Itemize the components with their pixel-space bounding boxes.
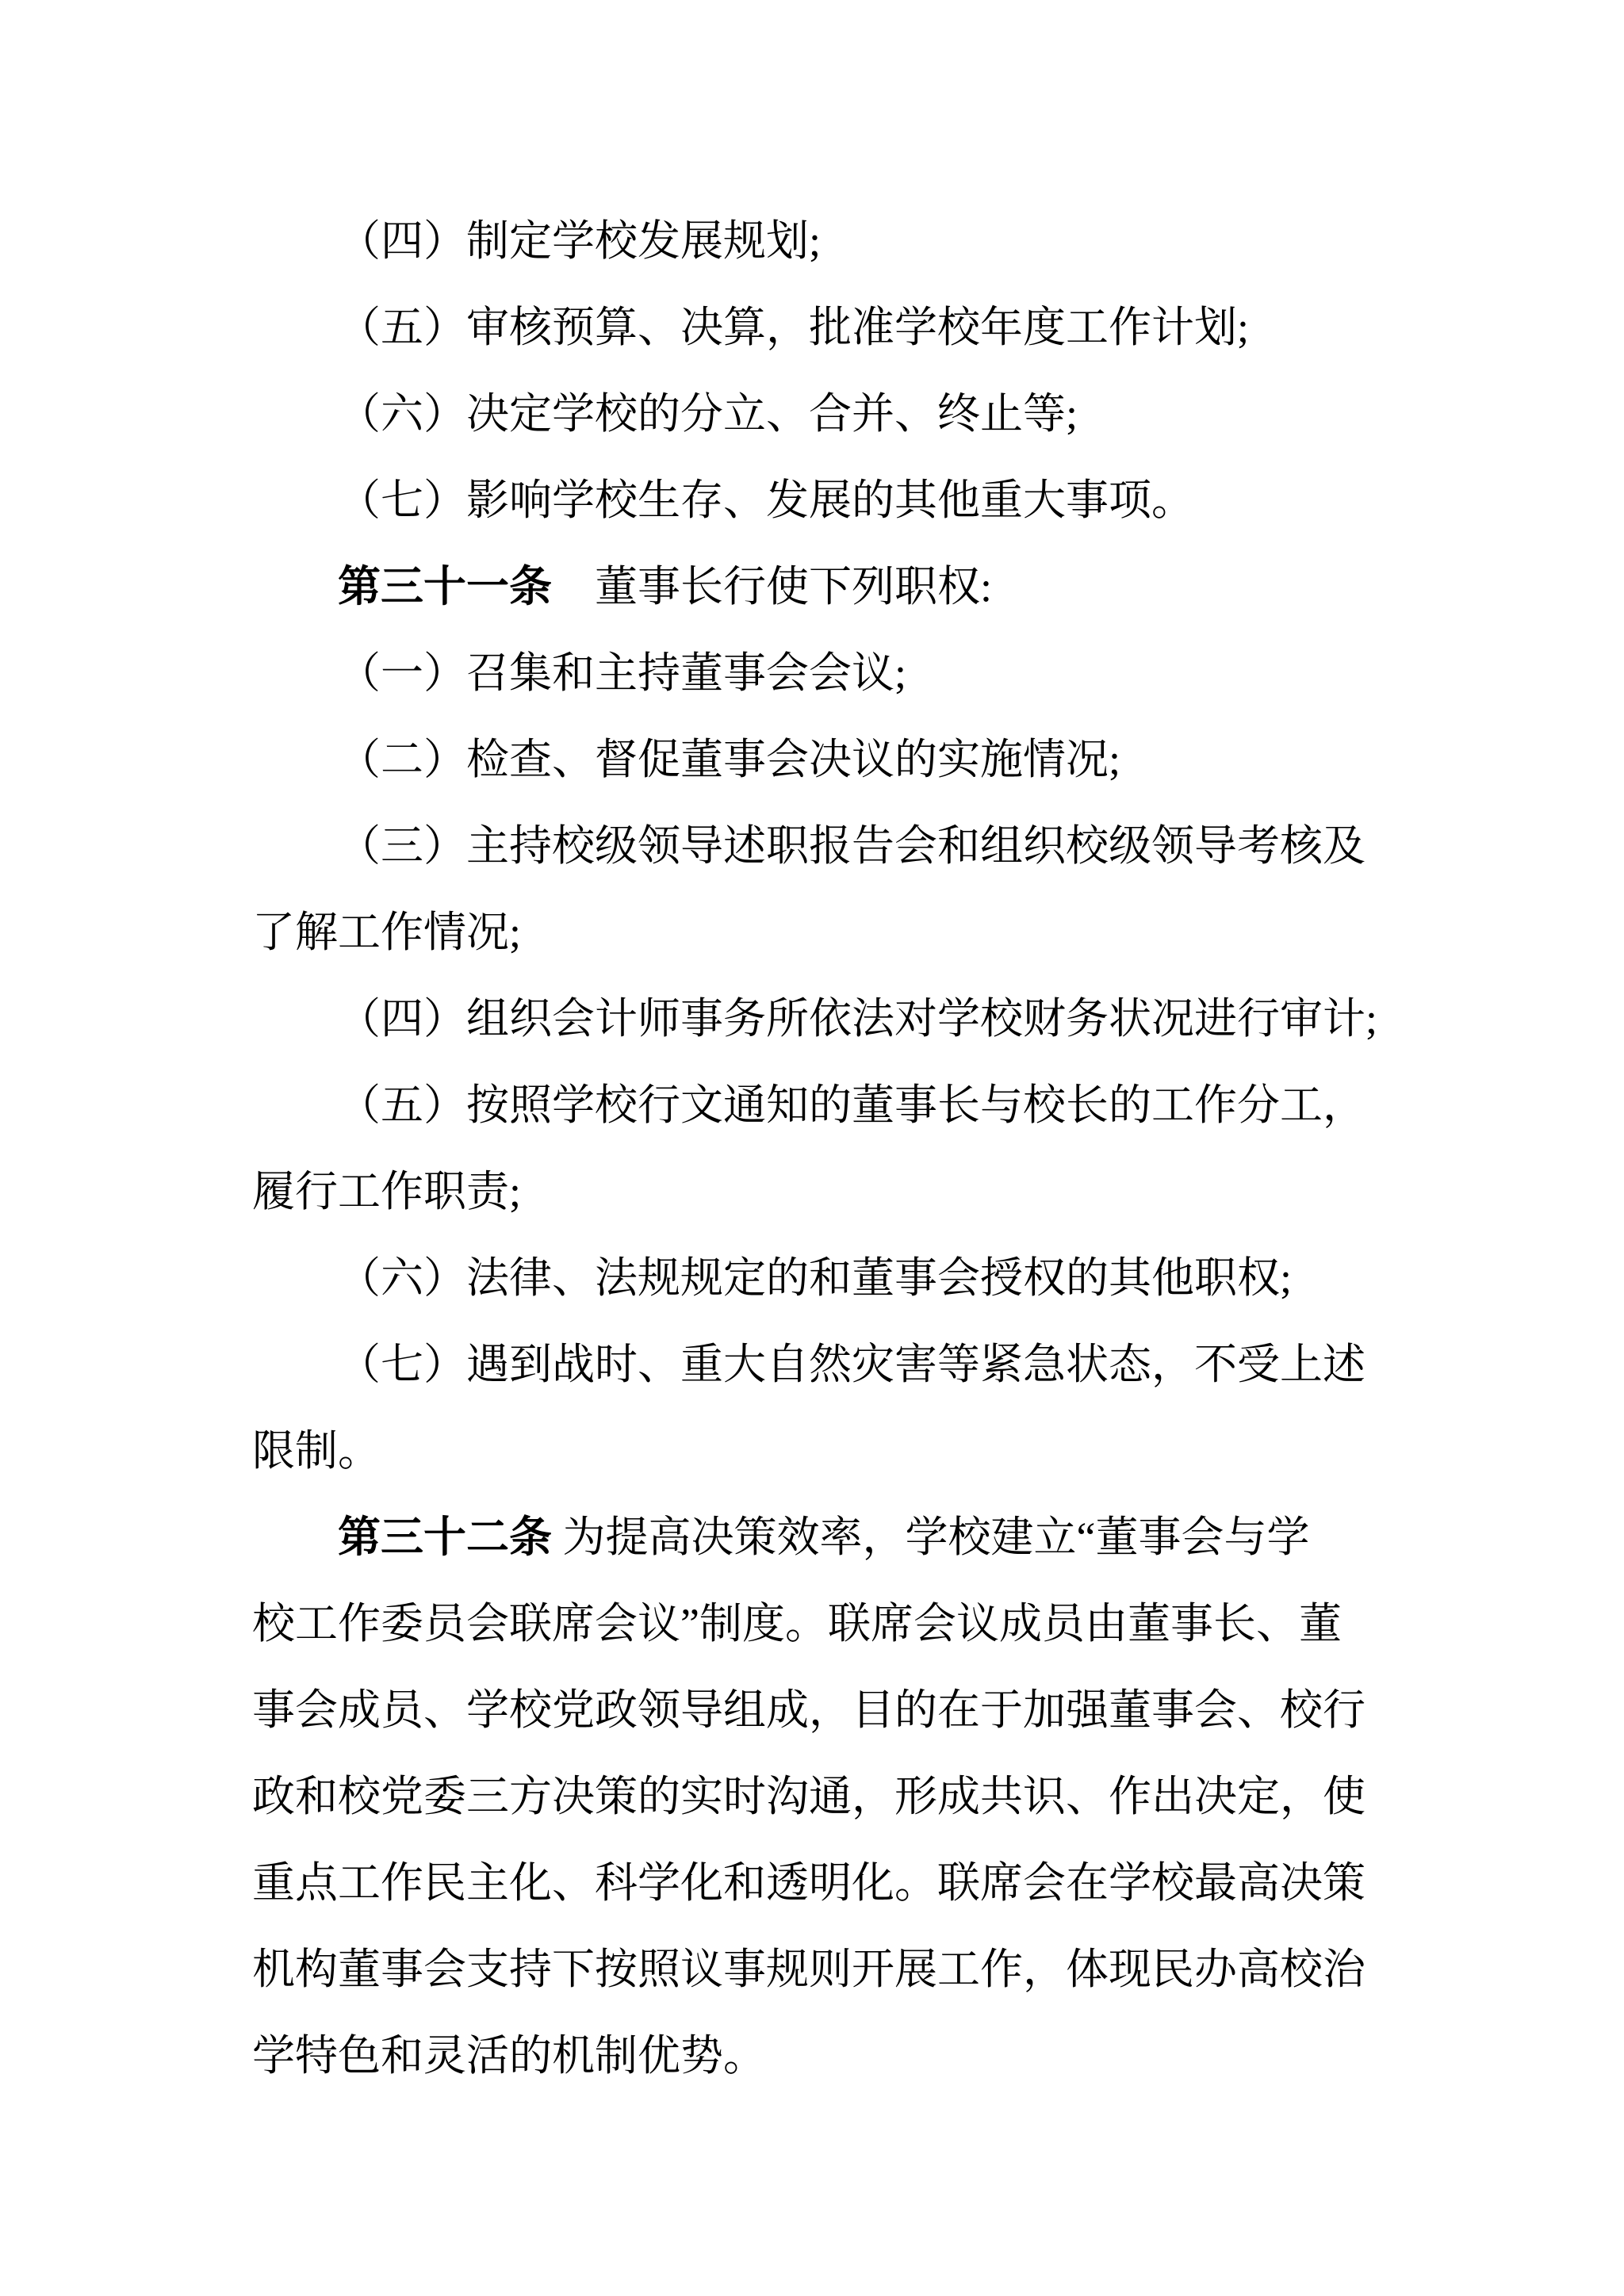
- line-text: （五）按照学校行文通知的董事长与校长的工作分工，: [338, 1081, 1365, 1129]
- text-line: （七）遇到战时、重大自然灾害等紧急状态，不受上述: [252, 1322, 1373, 1408]
- text-line: 重点工作民主化、科学化和透明化。联席会在学校最高决策: [252, 1840, 1373, 1927]
- line-text: 董事长行使下列职权:: [552, 563, 992, 610]
- text-line: （五）审核预算、决算，批准学校年度工作计划;: [252, 285, 1373, 371]
- line-text: （六）决定学校的分立、合并、终止等;: [338, 390, 1078, 438]
- line-text: 重点工作民主化、科学化和透明化。联席会在学校最高决策: [252, 1859, 1365, 1907]
- line-text: （二）检查、督促董事会决议的实施情况;: [338, 736, 1120, 783]
- line-text: （三）主持校级领导述职报告会和组织校级领导考核及: [338, 822, 1365, 870]
- article-number: 第三十一条: [338, 563, 552, 610]
- text-line: 第三十一条 董事长行使下列职权:: [252, 544, 1373, 630]
- line-text: 学特色和灵活的机制优势。: [252, 2032, 766, 2080]
- text-line: （四）组织会计师事务所依法对学校财务状况进行审计;: [252, 976, 1373, 1062]
- document-text: （四）制定学校发展规划;（五）审核预算、决算，批准学校年度工作计划;（六）决定学…: [252, 198, 1373, 2099]
- text-line: （二）检查、督促董事会决议的实施情况;: [252, 717, 1373, 803]
- text-line: （七）影响学校生存、发展的其他重大事项。: [252, 457, 1373, 544]
- text-line: 限制。: [252, 1408, 1373, 1494]
- line-text: （一）召集和主持董事会会议;: [338, 649, 906, 697]
- text-line: 事会成员、学校党政领导组成，目的在于加强董事会、校行: [252, 1667, 1373, 1754]
- article-number: 第三十二条: [338, 1513, 552, 1561]
- line-text: （七）影响学校生存、发展的其他重大事项。: [338, 476, 1194, 524]
- text-line: 政和校党委三方决策的实时沟通，形成共识、作出决定，使: [252, 1754, 1373, 1840]
- line-text: 机构董事会支持下按照议事规则开展工作，体现民办高校治: [252, 1946, 1365, 1993]
- line-text: 限制。: [252, 1427, 381, 1475]
- line-text: 事会成员、学校党政领导组成，目的在于加强董事会、校行: [252, 1686, 1365, 1734]
- line-text: 为提高决策效率，学校建立“董事会与学: [552, 1513, 1309, 1561]
- line-text: 了解工作情况;: [252, 909, 521, 956]
- text-line: （六）决定学校的分立、合并、终止等;: [252, 371, 1373, 457]
- line-text: （四）制定学校发展规划;: [338, 217, 821, 265]
- text-line: （三）主持校级领导述职报告会和组织校级领导考核及: [252, 803, 1373, 890]
- text-line: 学特色和灵活的机制优势。: [252, 2013, 1373, 2099]
- text-line: 校工作委员会联席会议”制度。联席会议成员由董事长、董: [252, 1581, 1373, 1667]
- line-text: 政和校党委三方决策的实时沟通，形成共识、作出决定，使: [252, 1773, 1365, 1820]
- text-line: 履行工作职责;: [252, 1149, 1373, 1235]
- text-line: （六）法律、法规规定的和董事会授权的其他职权;: [252, 1235, 1373, 1322]
- line-text: （四）组织会计师事务所依法对学校财务状况进行审计;: [338, 995, 1377, 1043]
- text-line: （四）制定学校发展规划;: [252, 198, 1373, 285]
- line-text: 履行工作职责;: [252, 1168, 521, 1215]
- text-line: 机构董事会支持下按照议事规则开展工作，体现民办高校治: [252, 1927, 1373, 2013]
- text-line: 第三十二条 为提高决策效率，学校建立“董事会与学: [252, 1494, 1373, 1581]
- text-line: （五）按照学校行文通知的董事长与校长的工作分工，: [252, 1062, 1373, 1149]
- line-text: （五）审核预算、决算，批准学校年度工作计划;: [338, 304, 1249, 351]
- text-line: 了解工作情况;: [252, 890, 1373, 976]
- text-line: （一）召集和主持董事会会议;: [252, 630, 1373, 717]
- document-page: （四）制定学校发展规划;（五）审核预算、决算，批准学校年度工作计划;（六）决定学…: [0, 0, 1624, 2296]
- line-text: （七）遇到战时、重大自然灾害等紧急状态，不受上述: [338, 1341, 1365, 1388]
- line-text: 校工作委员会联席会议”制度。联席会议成员由董事长、董: [252, 1600, 1342, 1647]
- line-text: （六）法律、法规规定的和董事会授权的其他职权;: [338, 1254, 1292, 1302]
